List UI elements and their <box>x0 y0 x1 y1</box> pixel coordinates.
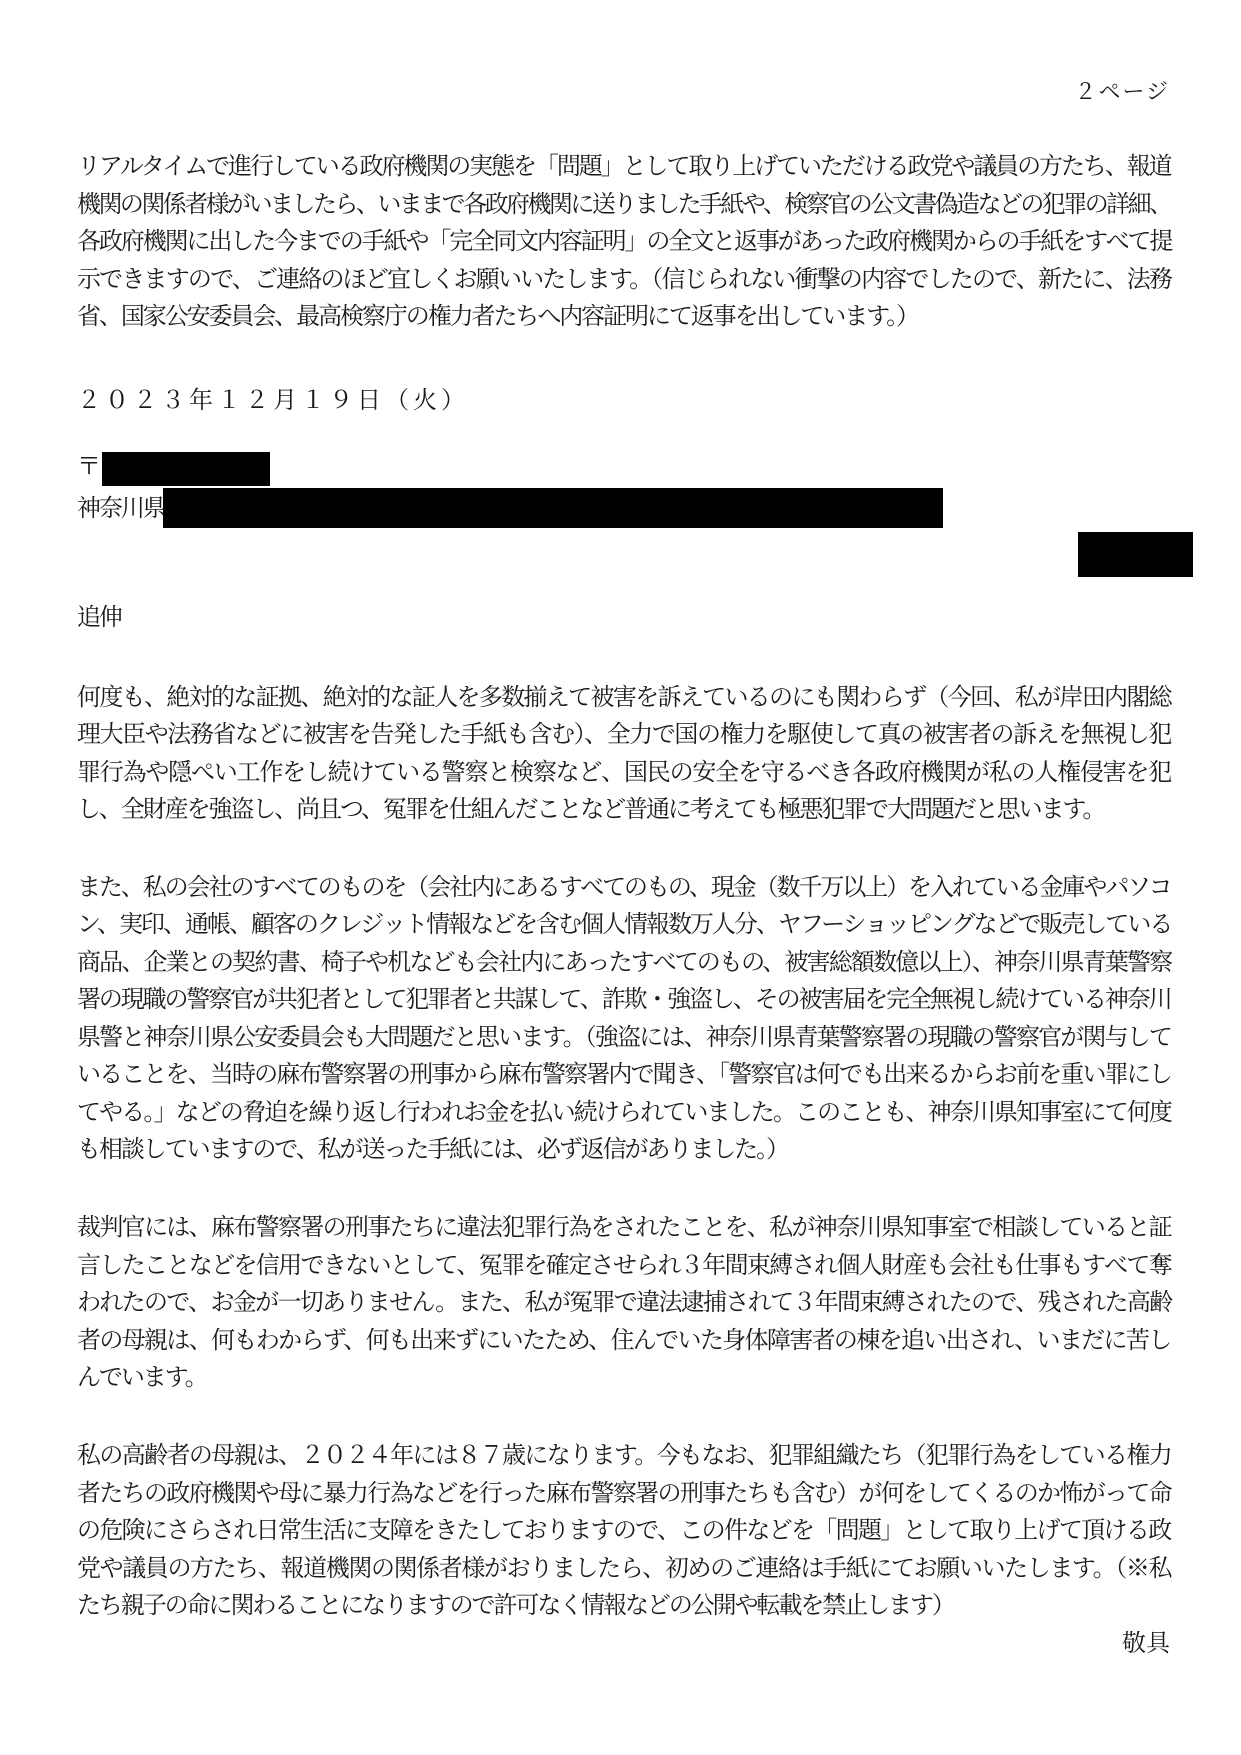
text-line: も相談していますので、私が送った手紙には、必ず返信がありました。） <box>77 1135 1177 1163</box>
text-line: 示できますので、ご連絡のほど宜しくお願いいたします。（信じられない衝撃の内容でし… <box>77 265 1171 293</box>
text-line: 各政府機関に出した今までの手紙や「完全同文内容証明」の全文と返事があった政府機関… <box>77 227 1171 255</box>
text-line: いることを、当時の麻布警察署の刑事から麻布警察署内で聞き、「警察官は何でも出来る… <box>77 1060 1171 1088</box>
text-line: 県警と神奈川県公安委員会も大問題だと思います。（強盗には、神奈川県青葉警察署の現… <box>77 1023 1171 1051</box>
text-line: 言したことなどを信用できないとして、冤罪を確定させられ３年間束縛され個人財産も会… <box>77 1251 1171 1279</box>
text-line: し、全財産を強盗し、尚且つ、冤罪を仕組んだことなど普通に考えても極悪犯罪で大問題… <box>77 795 1177 823</box>
text-line: ン、実印、通帳、顧客のクレジット情報などを含む個人情報数万人分、ヤフーショッピン… <box>77 910 1171 938</box>
text-line: 罪行為や隠ぺい工作をし続けている警察と検察など、国民の安全を守るべき各政府機関が… <box>77 758 1171 786</box>
closing-salutation: 敬具 <box>1122 1629 1170 1657</box>
text-line: 省、国家公安委員会、最高検察庁の権力者たちへ内容証明にて返事を出しています。） <box>77 302 1177 330</box>
text-line: 理大臣や法務省などに被害を告発した手紙も含む）、全力で国の権力を駆使して真の被害… <box>77 720 1171 748</box>
redacted-street-address <box>163 488 943 528</box>
text-line: 私の高齢者の母親は、２０２４年には８７歳になります。今もなお、犯罪組織たち（犯罪… <box>77 1441 1171 1469</box>
text-line: 党や議員の方たち、報道機関の関係者様がおりましたら、初めのご連絡は手紙にてお願い… <box>77 1554 1171 1582</box>
text-line: 機関の関係者様がいましたら、いままで各政府機関に送りました手紙や、検察官の公文書… <box>77 190 1171 218</box>
text-line: 何度も、絶対的な証拠、絶対的な証人を多数揃えて被害を訴えているのにも関わらず（今… <box>77 683 1171 711</box>
text-line: 署の現職の警察官が共犯者として犯罪者と共謀して、詐欺・強盗し、その被害届を完全無… <box>77 985 1171 1013</box>
text-line: 裁判官には、麻布警察署の刑事たちに違法犯罪行為をされたことを、私が神奈川県知事室… <box>77 1213 1171 1241</box>
text-line: リアルタイムで進行している政府機関の実態を「問題」として取り上げていただける政党… <box>77 152 1171 180</box>
text-line: 者たちの政府機関や母に暴力行為などを行った麻布警察署の刑事たちも含む）が何をして… <box>77 1479 1171 1507</box>
postscript-heading: 追伸 <box>77 603 1177 631</box>
text-line: また、私の会社のすべてのものを（会社内にあるすべてのもの、現金（数千万以上）を入… <box>77 873 1171 901</box>
page-number: ２ページ <box>1074 80 1170 106</box>
text-line: てやる。」などの脅迫を繰り返し行われお金を払い続けられていました。このことも、神… <box>77 1098 1171 1126</box>
redacted-sender-name <box>1078 532 1193 577</box>
text-line: の危険にさらされ日常生活に支障をきたしておりますので、この件などを「問題」として… <box>77 1516 1171 1544</box>
text-line: われたので、お金が一切ありません。また、私が冤罪で違法逮捕されて３年間束縛された… <box>77 1288 1171 1316</box>
text-line: 商品、企業との契約書、椅子や机なども会社内にあったすべてのもの、被害総額数億以上… <box>77 948 1171 976</box>
text-line: たち親子の命に関わることになりますので許可なく情報などの公開や転載を禁止します） <box>77 1591 1177 1619</box>
text-line: 者の母親は、何もわからず、何も出来ずにいたため、住んでいた身体障害者の棟を追い出… <box>77 1326 1171 1354</box>
letter-date: ２０２３年１２月１９日（火） <box>77 386 1177 414</box>
redacted-postal-code <box>102 452 270 486</box>
text-line: んでいます。 <box>77 1363 1177 1391</box>
